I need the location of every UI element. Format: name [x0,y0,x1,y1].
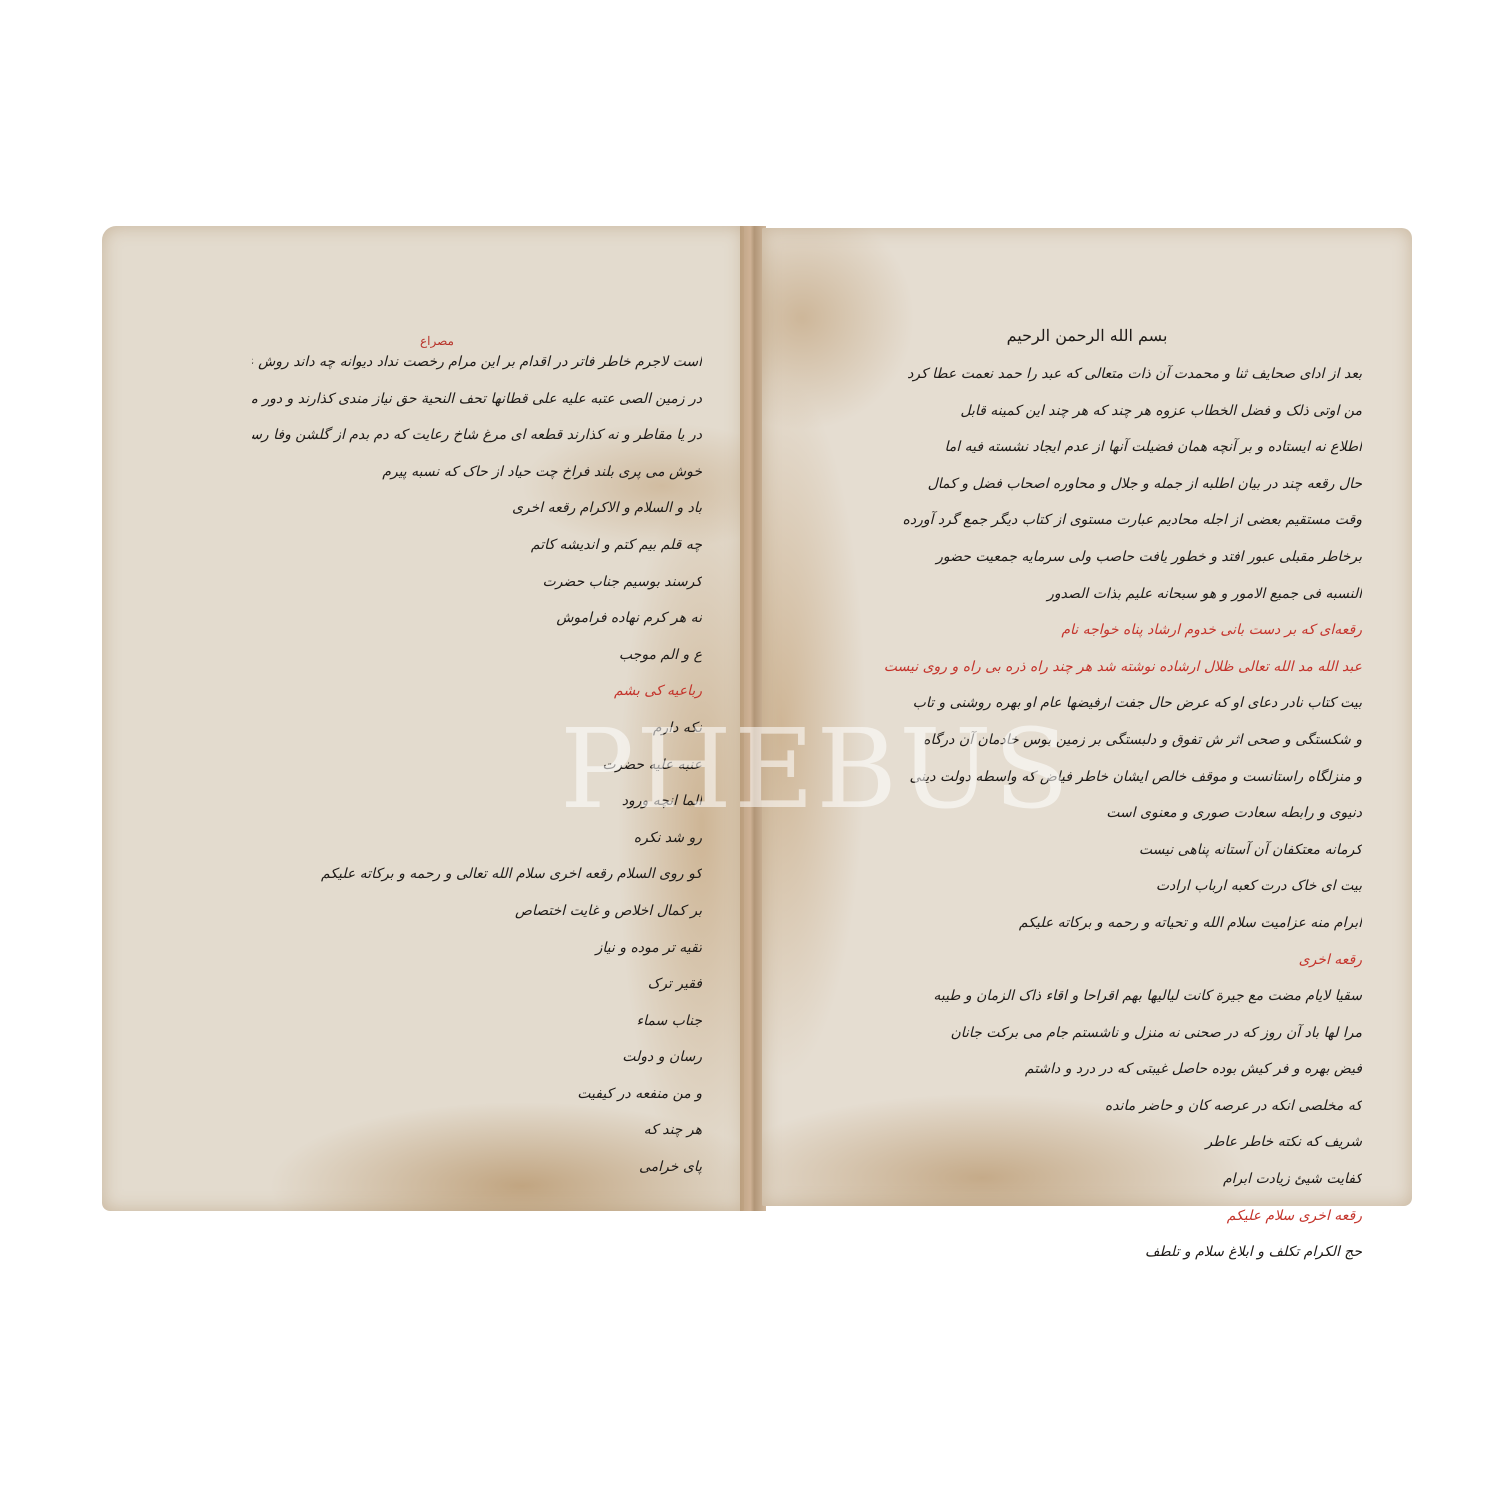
text-line: بیت ای خاک درت کعبه ارباب ارادت [802,868,1362,905]
text-line: شریف که نکته خاطر عاطر [802,1124,1362,1161]
text-line: مرا لها باد آن روز که در صحنی نه منزل و … [802,1015,1362,1052]
text-line: النسبه فی جمیع الامور و هو سبحانه علیم ب… [802,576,1362,613]
text-line: هر چند که [252,1112,702,1149]
text-line: حج الکرام تکلف و ابلاغ سلام و تلطف [802,1234,1362,1271]
text-line: جناب سماء [252,1003,702,1040]
text-line: ع و الم موجب [252,637,702,674]
rubric-line: رقعه اخری [802,942,1362,979]
text-line: فقیر ترک [252,966,702,1003]
text-line: تقیه تر موده و نیاز [252,930,702,967]
text-line: بعد از ادای صحایف ثنا و محمدت آن ذات متع… [802,356,1362,393]
text-line: اطلاع نه ایستاده و بر آنچه همان فضیلت آن… [802,429,1362,466]
text-line: و من منفعه در کیفیت [252,1076,702,1113]
text-line: کفایت شیئ زیادت ابرام [802,1161,1362,1198]
text-line: کو روی السلام رقعه اخری سلام الله تعالی … [252,856,702,893]
rubric-line: رقعه اخری سلام علیکم [802,1198,1362,1235]
text-line: وقت مستقیم بعضی از اجله محادیم عبارت مست… [802,502,1362,539]
rubric-line: عبد الله مد الله تعالی ظلال ارشاده نوشته… [802,649,1362,686]
text-line: کرسند بوسیم جناب حضرت [252,564,702,601]
rubric-line: رقعه‌ای که بر دست بانی خدوم ارشاد پناه خ… [802,612,1362,649]
text-line: کرمانه معتکفان آن آستانه پناهی نیست [802,832,1362,869]
manuscript-photo: مصراع است لاجرم خاطر فاتر در اقدام بر ای… [0,0,1500,1500]
text-line: باد و السلام و الاکرام رقعه اخری [252,490,702,527]
watermark: PHEBUS [560,705,960,833]
text-line: در یا مقاطر و نه کذارند قطعه ای مرغ شاخ … [252,417,702,454]
text-line: سقیا لایام مضت مع جیرة کانت لیالیها بهم … [802,978,1362,1015]
text-line: پای خرامی [252,1149,702,1186]
text-line: برخاطر مقبلی عبور افتد و خطور یافت حاصب … [802,539,1362,576]
text-line: است لاجرم خاطر فاتر در اقدام بر این مرام… [252,344,702,381]
text-line: خوش می پری بلند فراخ چت حیاد از حاک که ن… [252,454,702,491]
text-line: فیض بهره و فر کیش بوده حاصل غیبتی که در … [802,1051,1362,1088]
text-line: در زمین الصی عتبه علیه علی قطانها تحف ال… [252,381,702,418]
text-line: ابرام منه عزامیت سلام الله و تحیاته و رح… [802,905,1362,942]
text-line: رسان و دولت [252,1039,702,1076]
text-line: چه قلم بیم کتم و اندیشه کاتم [252,527,702,564]
text-line: حال رقعه چند در بیان اطلبه از جمله و جلا… [802,466,1362,503]
text-line: که مخلصی انکه در عرصه کان و حاضر مانده [802,1088,1362,1125]
text-line: نه هر کرم نهاده فراموش [252,600,702,637]
text-line: من اوتی ذلک و فضل الخطاب عزوه هر چند که … [802,393,1362,430]
basmala-header: بسم الله الرحمن الرحيم [762,326,1412,345]
text-line: بر کمال اخلاص و غایت اختصاص [252,893,702,930]
